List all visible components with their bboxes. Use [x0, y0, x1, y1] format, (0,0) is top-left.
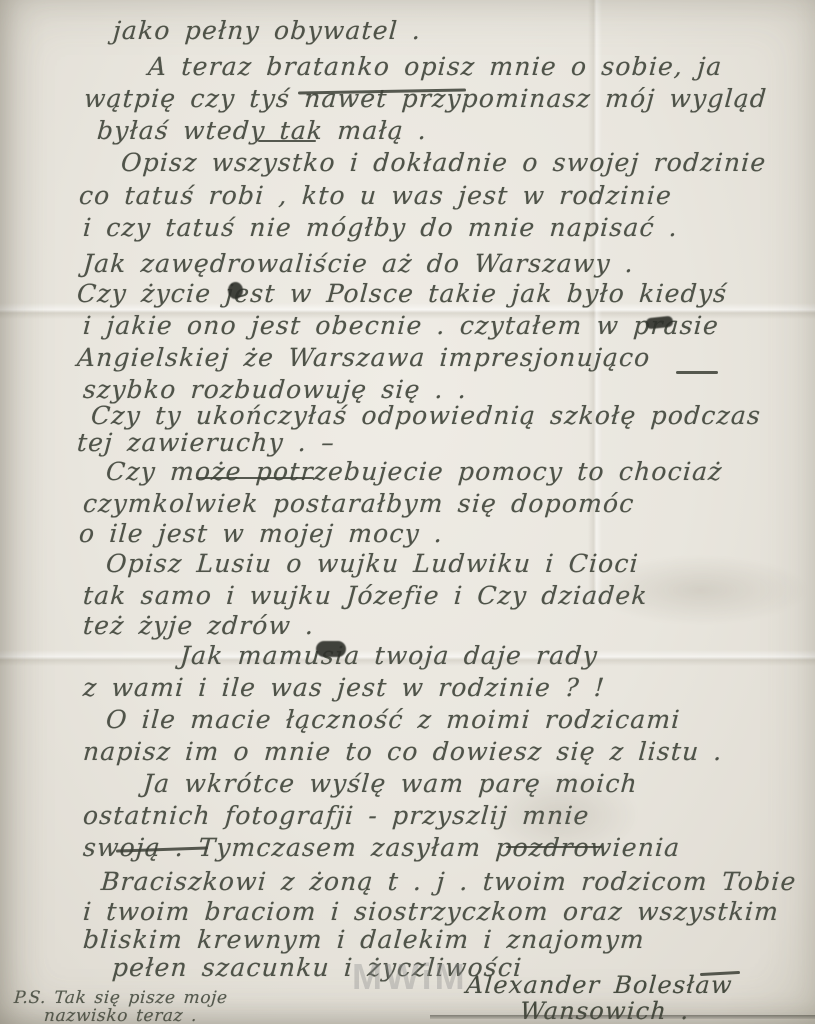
letter-line: A teraz bratanko opisz mnie o sobie, ja — [147, 52, 724, 82]
signature-line-2: Wansowich . — [519, 996, 691, 1024]
letter-line: i czy tatuś nie mógłby do mnie napisać . — [82, 213, 679, 243]
letter-line: bliskim krewnym i dalekim i znajomym — [82, 925, 646, 955]
letter-line: Opisz Lusiu o wujku Ludwiku i Cioci — [105, 549, 640, 579]
letter-line: też żyje zdrów . — [82, 611, 316, 641]
letter-line: Jak mamusia twoja daje rady — [179, 641, 599, 671]
letter-line: Czy ty ukończyłaś odpowiednią szkołę pod… — [90, 401, 762, 431]
letter-line: Jak zawędrowaliście aż do Warszawy . — [82, 249, 635, 279]
letter-line: O ile macie łączność z moimi rodzicami — [105, 705, 682, 735]
letter-line: tak samo i wujku Józefie i Czy dziadek — [82, 581, 649, 611]
letter-line: Braciszkowi z żoną t . j . twoim rodzico… — [100, 867, 798, 897]
letter-line: Angielskiej że Warszawa impresjonująco — [76, 343, 652, 373]
letter-line: napisz im o mnie to co dowiesz się z lis… — [82, 737, 724, 767]
letter-line: Czy życie jest w Polsce takie jak było k… — [76, 279, 728, 309]
letter-line: co tatuś robi , kto u was jest w rodzini… — [78, 181, 673, 211]
letter-line: tej zawieruchy . – — [76, 428, 336, 458]
letter-line: Opisz wszystko i dokładnie o swojej rodz… — [120, 148, 767, 178]
postscript-line-2: nazwisko teraz . — [43, 1001, 198, 1024]
letter-line: jako pełny obywatel . — [112, 16, 422, 46]
letter-line: ostatnich fotografji - przyszlij mnie — [82, 801, 591, 831]
letter-line: o ile jest w mojej mocy . — [78, 519, 444, 549]
archive-watermark: MWiM — [352, 956, 468, 998]
letter-line: wątpię czy tyś nawet przypominasz mój wy… — [83, 84, 768, 114]
letter-line: i jakie ono jest obecnie . czytałem w pr… — [82, 311, 720, 341]
letter-scan: jako pełny obywatel .A teraz bratanko op… — [0, 0, 815, 1024]
letter-line: swoją . Tymczasem zasyłam pozdrowienia — [82, 833, 681, 863]
letter-line: byłaś wtedy tak małą . — [96, 116, 428, 146]
letter-line: i twoim braciom i siostrzyczkom oraz wsz… — [82, 897, 780, 927]
letter-line: Czy może potrzebujecie pomocy to chociaż — [105, 457, 724, 487]
letter-line: z wami i ile was jest w rodzinie ? ! — [82, 673, 606, 703]
letter-line: czymkolwiek postarałbym się dopomóc — [82, 489, 636, 519]
letter-line: Ja wkrótce wyślę wam parę moich — [142, 769, 639, 799]
ink-dash-right-margin — [676, 371, 718, 374]
